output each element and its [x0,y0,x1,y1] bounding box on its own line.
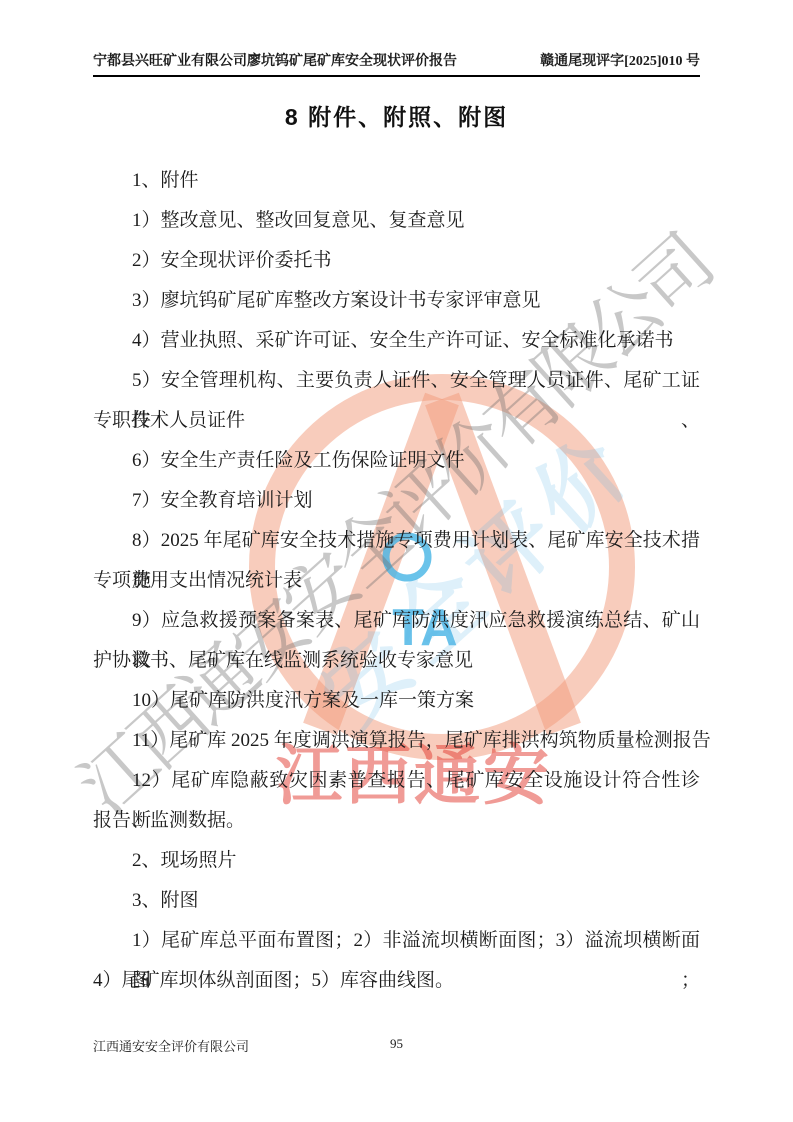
body-line: 7）安全教育培训计划 [93,481,700,521]
footer-company: 江西通安安全评价有限公司 [93,1036,249,1055]
section-title: 8 附件、附照、附图 [93,99,700,132]
page-content: 宁都县兴旺矿业有限公司廖坑钨矿尾矿库安全现状评价报告 赣通尾现评字[2025]0… [0,0,793,1001]
document-page: TA 江西通安安全评价有限公司 安全评价 江西通安 宁都县兴旺矿业有限公司廖坑钨… [0,0,793,1122]
body-line: 1）整改意见、整改回复意见、复查意见 [93,201,700,241]
body-line: 报告、监测数据。 [93,801,700,841]
body-line: 1、附件 [93,161,700,201]
body-line: 专项费用支出情况统计表 [93,561,700,601]
body-line: 4）营业执照、采矿许可证、安全生产许可证、安全标准化承诺书 [93,321,700,361]
body-line: 1）尾矿库总平面布置图；2）非溢流坝横断面图；3）溢流坝横断面图； [93,921,700,961]
body-lines: 1、附件1）整改意见、整改回复意见、复查意见2）安全现状评价委托书3）廖坑钨矿尾… [93,161,700,1001]
page-footer: 江西通安安全评价有限公司 95 [0,1036,793,1055]
body-line: 3）廖坑钨矿尾矿库整改方案设计书专家评审意见 [93,281,700,321]
page-header: 宁都县兴旺矿业有限公司廖坑钨矿尾矿库安全现状评价报告 赣通尾现评字[2025]0… [93,0,700,77]
body-line: 3、附图 [93,881,700,921]
body-line: 6）安全生产责任险及工伤保险证明文件 [93,441,700,481]
body-line: 护协议书、尾矿库在线监测系统验收专家意见 [93,641,700,681]
body-line: 2）安全现状评价委托书 [93,241,700,281]
body-line: 9）应急救援预案备案表、尾矿库防洪度汛应急救援演练总结、矿山救 [93,601,700,641]
body-line: 5）安全管理机构、主要负责人证件、安全管理人员证件、尾矿工证件、 [93,361,700,401]
body-line: 8）2025 年尾矿库安全技术措施专项费用计划表、尾矿库安全技术措施 [93,521,700,561]
header-report-title: 宁都县兴旺矿业有限公司廖坑钨矿尾矿库安全现状评价报告 [93,50,457,70]
body-line: 10）尾矿库防洪度汛方案及一库一策方案 [93,681,700,721]
header-doc-number: 赣通尾现评字[2025]010 号 [540,50,700,70]
body-line: 2、现场照片 [93,841,700,881]
page-number: 95 [390,1036,403,1052]
body-line: 12）尾矿库隐蔽致灾因素普查报告、尾矿库安全设施设计符合性诊断 [93,761,700,801]
body-line: 11）尾矿库 2025 年度调洪演算报告，尾矿库排洪构筑物质量检测报告 [93,721,700,761]
